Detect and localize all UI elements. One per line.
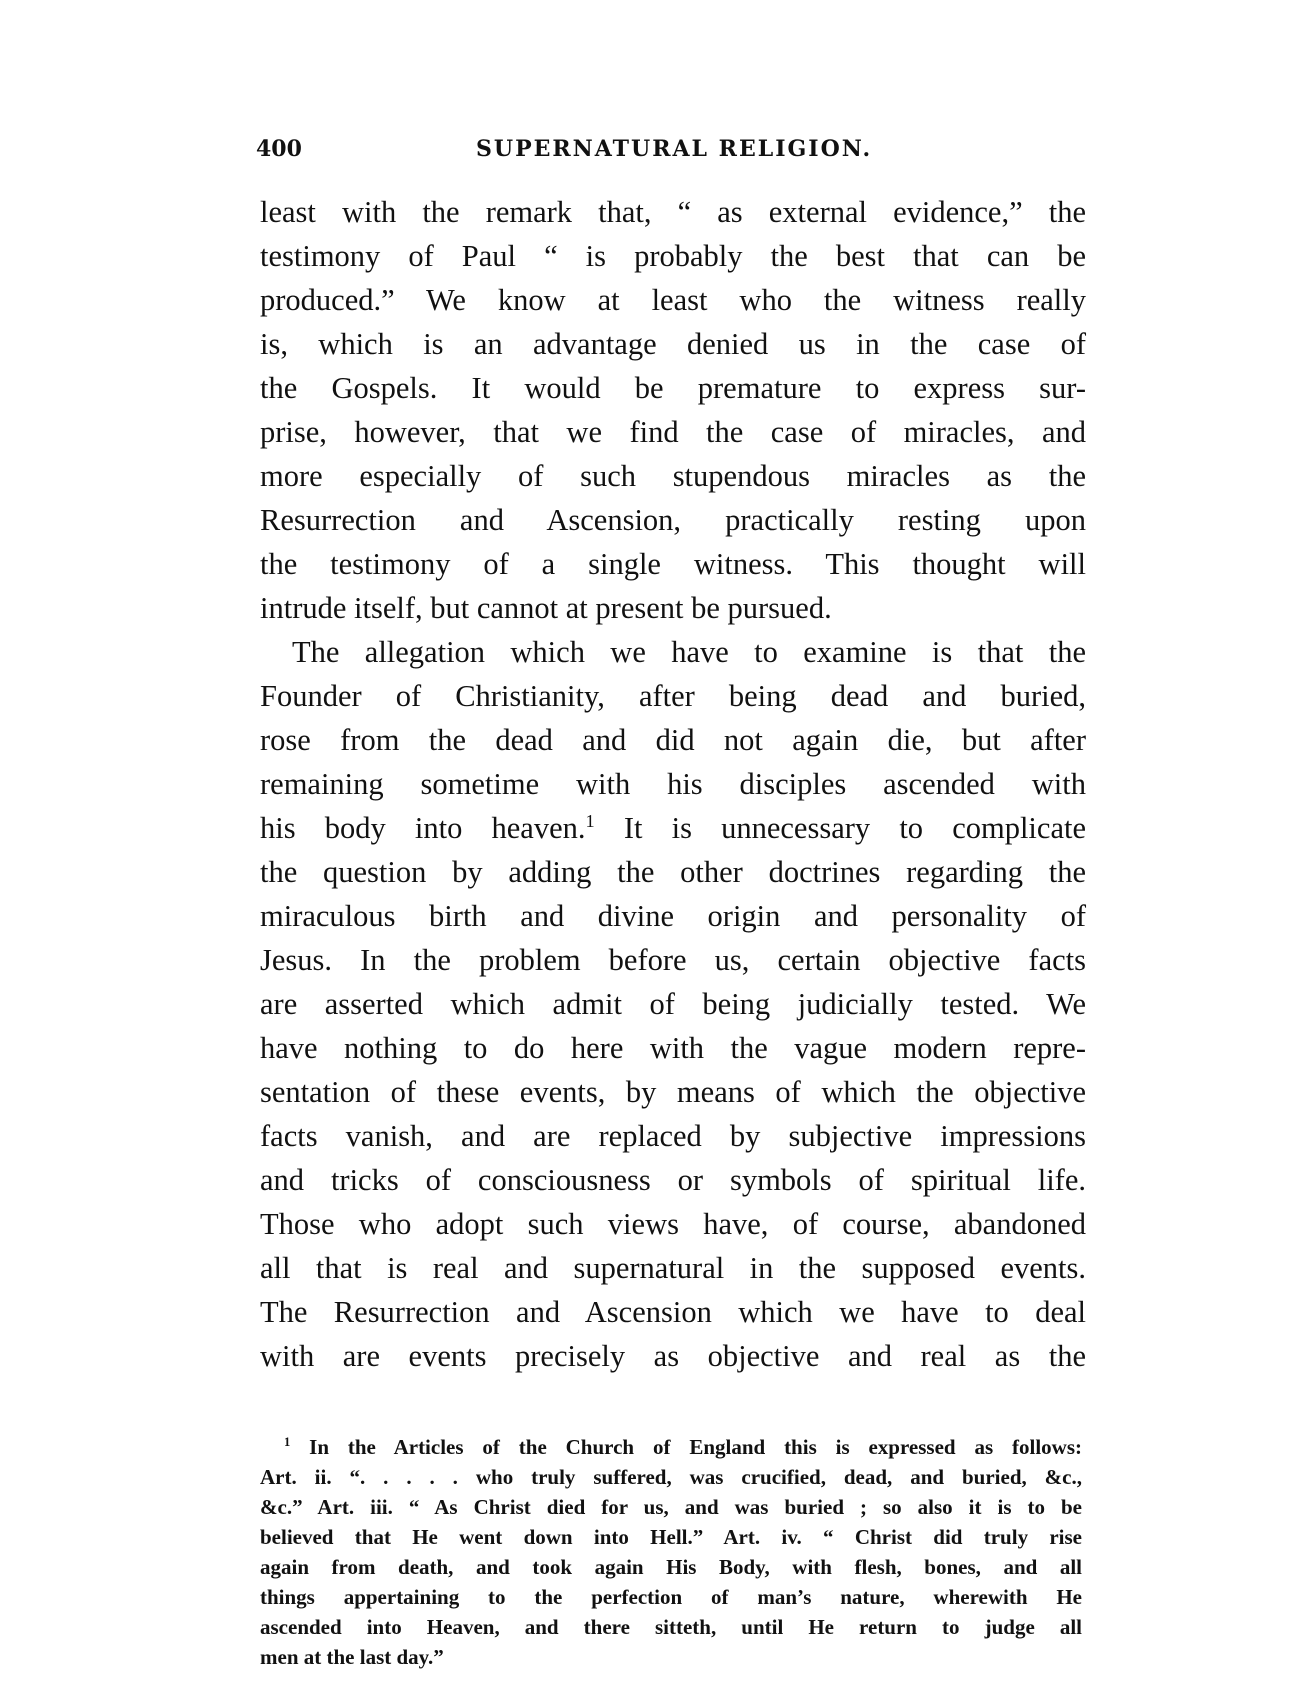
text-line: Founder of Christianity, after being dea… bbox=[260, 674, 1086, 718]
text-line: facts vanish, and are replaced by subjec… bbox=[260, 1114, 1086, 1158]
text-line: prise, however, that we find the case of… bbox=[260, 410, 1086, 454]
page-number: 400 bbox=[256, 136, 302, 162]
footnote-line: believed that He went down into Hell.” A… bbox=[260, 1522, 1082, 1552]
text-line: his body into heaven.1 It is unnecessary… bbox=[260, 806, 1086, 850]
text-line: the Gospels. It would be premature to ex… bbox=[260, 366, 1086, 410]
text-line: more especially of such stupendous mirac… bbox=[260, 454, 1086, 498]
body-text: least with the remark that, “ as externa… bbox=[260, 190, 1086, 1378]
text-line: all that is real and supernatural in the… bbox=[260, 1246, 1086, 1290]
text-line: The allegation which we have to examine … bbox=[260, 630, 1086, 674]
text-line: least with the remark that, “ as externa… bbox=[260, 190, 1086, 234]
text-fragment: It is unnecessary to complicate bbox=[595, 811, 1086, 845]
text-line: are asserted which admit of being judici… bbox=[260, 982, 1086, 1026]
text-line: produced.” We know at least who the witn… bbox=[260, 278, 1086, 322]
book-page: 400 SUPERNATURAL RELIGION. least with th… bbox=[0, 0, 1292, 1700]
footnote-line: ascended into Heaven, and there sitteth,… bbox=[260, 1612, 1082, 1642]
text-fragment: In the Articles of the Church of England… bbox=[290, 1435, 1082, 1459]
footnote-line: Art. ii. “. . . . . who truly suffered, … bbox=[260, 1462, 1082, 1492]
paragraph-1: least with the remark that, “ as externa… bbox=[260, 190, 1086, 630]
footnote-line: things appertaining to the perfection of… bbox=[260, 1582, 1082, 1612]
text-line: is, which is an advantage denied us in t… bbox=[260, 322, 1086, 366]
footnote-reference[interactable]: 1 bbox=[586, 811, 595, 831]
text-line: sentation of these events, by means of w… bbox=[260, 1070, 1086, 1114]
footnote-line: 1 In the Articles of the Church of Engla… bbox=[260, 1432, 1082, 1462]
footnote: 1 In the Articles of the Church of Engla… bbox=[260, 1432, 1082, 1672]
text-line: have nothing to do here with the vague m… bbox=[260, 1026, 1086, 1070]
text-line: miraculous birth and divine origin and p… bbox=[260, 894, 1086, 938]
text-line: Resurrection and Ascension, practically … bbox=[260, 498, 1086, 542]
footnote-line: again from death, and took again His Bod… bbox=[260, 1552, 1082, 1582]
text-line: intrude itself, but cannot at present be… bbox=[260, 586, 1086, 630]
text-line: remaining sometime with his disciples as… bbox=[260, 762, 1086, 806]
text-line: rose from the dead and did not again die… bbox=[260, 718, 1086, 762]
text-line: the testimony of a single witness. This … bbox=[260, 542, 1086, 586]
text-line: Jesus. In the problem before us, certain… bbox=[260, 938, 1086, 982]
running-head: SUPERNATURAL RELIGION. bbox=[476, 136, 872, 162]
footnote-line: men at the last day.” bbox=[260, 1642, 1082, 1672]
text-line: the question by adding the other doctrin… bbox=[260, 850, 1086, 894]
text-line: The Resurrection and Ascension which we … bbox=[260, 1290, 1086, 1334]
paragraph-2: The allegation which we have to examine … bbox=[260, 630, 1086, 1378]
text-line: Those who adopt such views have, of cour… bbox=[260, 1202, 1086, 1246]
footnote-line: &c.” Art. iii. “ As Christ died for us, … bbox=[260, 1492, 1082, 1522]
text-line: testimony of Paul “ is probably the best… bbox=[260, 234, 1086, 278]
text-fragment: his body into heaven. bbox=[260, 811, 586, 845]
text-line: with are events precisely as objective a… bbox=[260, 1334, 1086, 1378]
text-line: and tricks of consciousness or symbols o… bbox=[260, 1158, 1086, 1202]
